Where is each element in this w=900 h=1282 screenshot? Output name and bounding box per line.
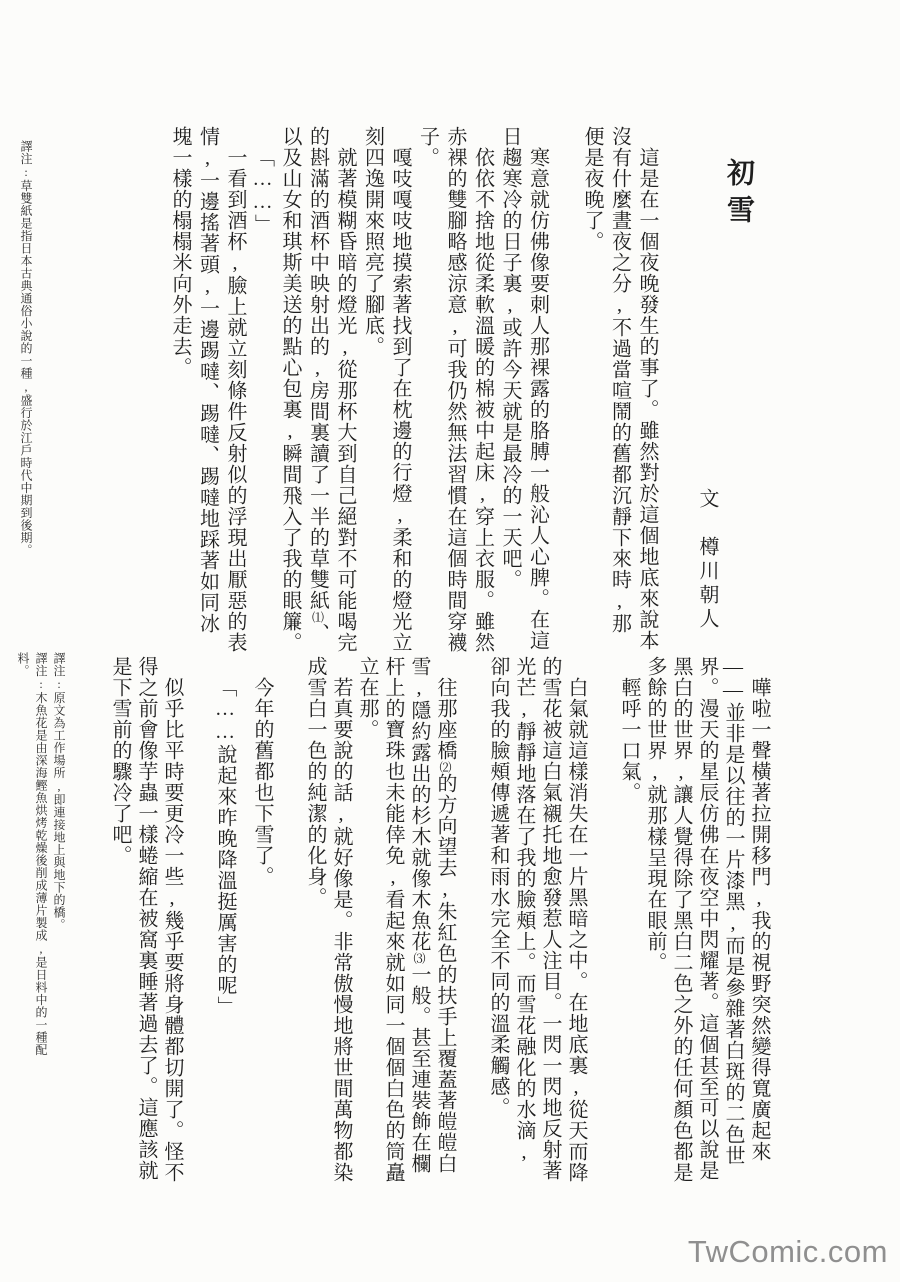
paragraph: 「……」 xyxy=(248,126,276,654)
paragraph: 一看到酒杯,臉上就立刻條件反射似的浮現出厭惡的表情,一邊搖著頭,一邊踢噠、踢噠、… xyxy=(166,126,249,654)
page-title: 初雪 xyxy=(718,158,758,232)
paragraph: 似乎比平時要更冷一些,幾乎要將身體都切開了。怪不得之前會像芋蟲一樣蜷縮在被窩裏睡… xyxy=(107,656,185,1184)
story-text-top: 這是在一個夜晚發生的事了。雖然對於這個地底來說本沒有什麼晝夜之分,不過當喧鬧的舊… xyxy=(166,126,661,654)
paragraph: 輕呼一口氣。 xyxy=(616,656,642,1184)
site-watermark: TwComic.com xyxy=(688,1234,888,1270)
translator-note-2: 譯注:原文為工作場所,即連接地上與地下的橋。 xyxy=(50,652,68,1068)
footnote-marker: ⑶ xyxy=(412,952,426,964)
footnote-marker: ⑴ xyxy=(311,611,325,623)
translator-notes-bottom: 譯注:原文為工作場所,即連接地上與地下的橋。 譯注:木魚花是由深海鰹魚烘烤乾燥後… xyxy=(14,652,68,1068)
author-credit: 文 樽川朝人 xyxy=(693,488,722,632)
paragraph: 往那座橋⑵的方向望去,朱紅色的扶手上覆蓋著皚皚白雪,隱約露出的杉木就像木魚花⑶一… xyxy=(354,656,458,1184)
paragraph: 寒意就仿佛像要刺人那裸露的胳膊一般沁人心脾。在這日趨寒冷的日子裏,或許今天就是最… xyxy=(496,126,551,654)
paragraph: 「……說起來昨晚降溫挺厲害的呢」 xyxy=(212,656,238,1184)
paragraph: 若真要說的話,就好像是。非常傲慢地將世間萬物都染成雪白一色的純潔的化身。 xyxy=(302,656,354,1184)
paragraph: 這是在一個夜晚發生的事了。雖然對於這個地底來說本沒有什麼晝夜之分,不過當喧鬧的舊… xyxy=(578,126,661,654)
translator-note-1: 譯注:草雙紙是指日本古典通俗小說的一種,盛行於江戶時代中期到後期。 xyxy=(18,140,34,570)
translator-note-3: 譯注:木魚花是由深海鰹魚烘烤乾燥後削成薄片製成,是日料中的一種配料。 xyxy=(14,652,50,1068)
paragraph: 白氣就這樣消失在一片黑暗之中。在地底裏,從天而降的雪花被這白氣襯托地愈發惹人注目… xyxy=(485,656,589,1184)
paragraph: 嘎吱嘎吱地摸索著找到了在枕邊的行燈,柔和的燈光立刻四逸開來照亮了腳底。 xyxy=(358,126,413,654)
paragraph: 依依不捨地從柔軟溫暖的棉被中起床,穿上衣服。雖然赤裸的雙腳略感涼意,可我仍然無法… xyxy=(413,126,496,654)
story-text-bottom: 嘩啦一聲橫著拉開移門,我的視野突然變得寬廣起來——並非是以往的一片漆黑,而是參雜… xyxy=(107,656,772,1184)
paragraph: 就著模糊昏暗的燈光,從那杯大到自己絕對不可能喝完的斟滿的酒杯中映射出的,房間裏讀… xyxy=(276,126,359,654)
paragraph: 今年的舊都也下雪了。 xyxy=(249,656,275,1184)
scanned-novel-page: 初雪 文 樽川朝人 這是在一個夜晚發生的事了。雖然對於這個地底來說本沒有什麼晝夜… xyxy=(0,0,900,1282)
footnote-marker: ⑵ xyxy=(438,761,452,773)
paragraph: 嘩啦一聲橫著拉開移門,我的視野突然變得寬廣起來——並非是以往的一片漆黑,而是參雜… xyxy=(642,656,772,1184)
